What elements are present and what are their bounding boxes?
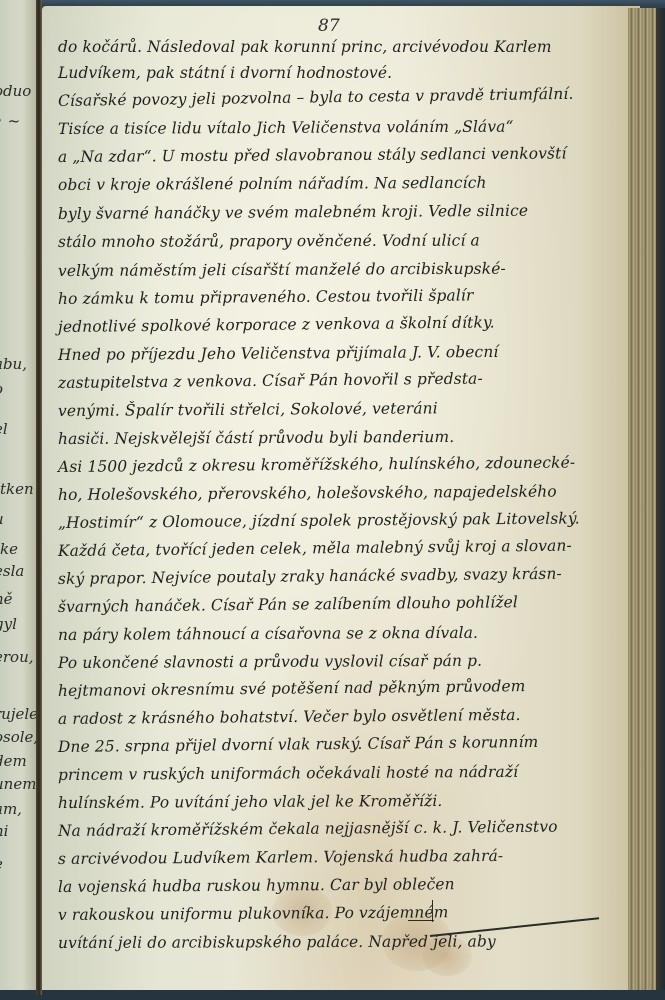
left-page-text-fragment: tke (0, 540, 18, 558)
left-page-text-fragment: abu, (0, 355, 27, 373)
document-scene: oduo• ~abu,oel-ttkenutkeeslaněgylerou,ru… (0, 0, 665, 1000)
page-number: 87 (318, 16, 340, 36)
manuscript-line: Tisíce a tisíce lidu vítalo Jich Veličen… (58, 117, 623, 138)
manuscript-line: stálo mnoho stožárů, prapory ověnčené. V… (58, 231, 623, 251)
left-page-text-fragment: esla (0, 562, 24, 580)
manuscript-line: Po ukončené slavnosti a průvodu vyslovil… (58, 651, 623, 672)
left-page-text-fragment: erou, (0, 648, 34, 666)
left-page-text-fragment: u (0, 510, 4, 528)
manuscript-line: velkým náměstím jeli císařští manželé do… (58, 259, 623, 280)
manuscript-line: hulínském. Po uvítání jeho vlak jel ke K… (58, 791, 623, 812)
left-page-text-fragment: gyl (0, 615, 17, 633)
manuscript-line: na páry kolem táhnoucí a císařovna se z … (58, 623, 623, 644)
left-page-text-fragment: e (0, 855, 3, 873)
left-page-text-fragment: oduo (0, 82, 31, 100)
manuscript-line: do kočárů. Následoval pak korunní princ,… (58, 38, 623, 56)
left-page-text-fragment: o (0, 380, 3, 398)
left-page-text-fragment: dem (0, 752, 27, 770)
left-page-text-fragment: ně (0, 590, 13, 608)
manuscript-line: uvítání jeli do arcibiskupského paláce. … (58, 932, 623, 952)
insertion-bracket-foot (408, 920, 434, 921)
manuscript-line: obci v kroje okrášlené polním nářadím. N… (58, 173, 623, 194)
left-page-text-fragment: am, (0, 800, 22, 818)
left-page-fragment: oduo• ~abu,oel-ttkenutkeeslaněgylerou,ru… (0, 0, 40, 990)
left-page-text-fragment: el (0, 420, 8, 438)
left-page-text-fragment: ttken (0, 480, 34, 498)
left-page-text-fragment: unem (0, 775, 36, 793)
left-page-text-fragment: rujele (0, 705, 38, 723)
manuscript-line: hasiči. Nejskvělejší částí průvodu byli … (58, 427, 623, 448)
left-page-text-fragment: osole, (0, 728, 38, 746)
manuscript-line: Ludvíkem, pak státní i dvorní hodnostové… (58, 64, 623, 82)
insertion-bracket (432, 900, 433, 922)
page-edges-shadow (656, 8, 665, 990)
left-page-text-fragment: • ~ (0, 112, 20, 130)
left-page-text-fragment: ni (0, 822, 8, 840)
